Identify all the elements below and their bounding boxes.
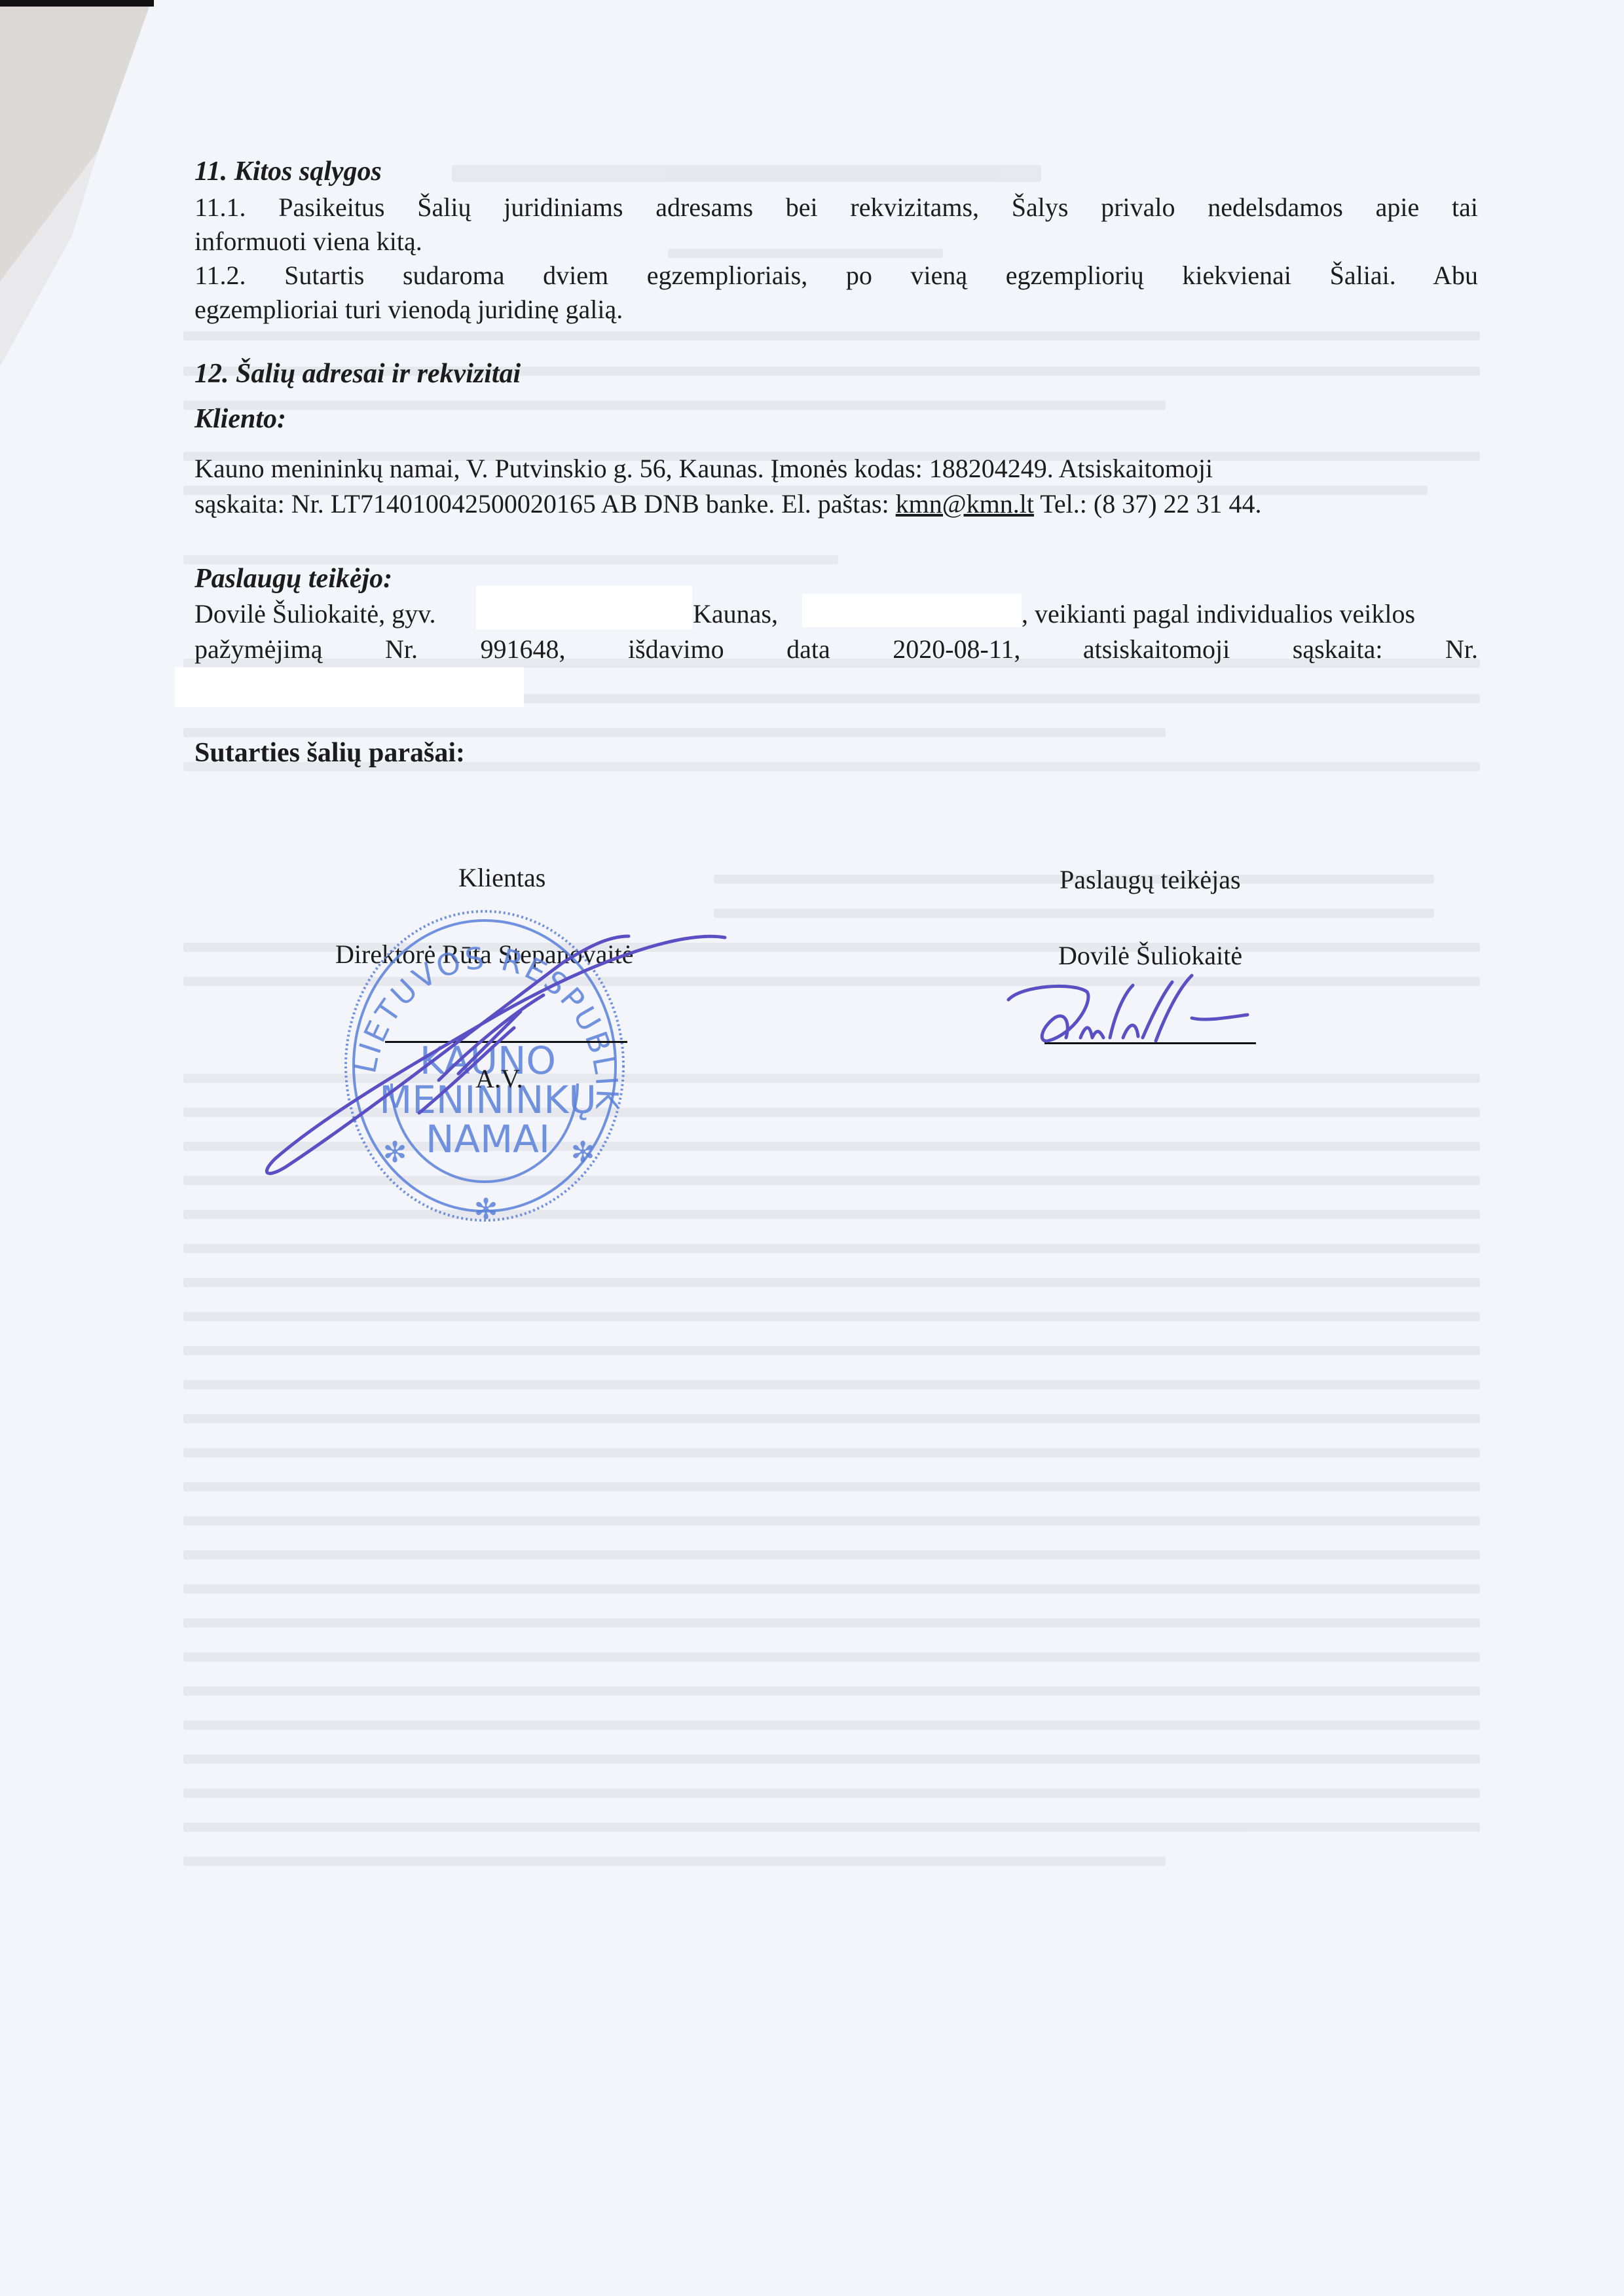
clause-11-2-line-1: 11.2. Sutartis sudaroma dviem egzemplior… bbox=[194, 259, 1478, 293]
document-page: 11. Kitos sąlygos 11.1. Pasikeitus Šalių… bbox=[0, 0, 1624, 2296]
client-account-text: sąskaita: Nr. LT714010042500020165 AB DN… bbox=[194, 489, 896, 519]
provider-signature-line bbox=[1044, 1042, 1256, 1044]
client-signature bbox=[267, 936, 725, 1173]
client-phone-text: Tel.: (8 37) 22 31 44. bbox=[1034, 489, 1262, 519]
stamp-star-right-icon: ✻ bbox=[571, 1136, 595, 1169]
provider-line-2: pažymėjimą Nr. 991648, išdavimo data 202… bbox=[194, 632, 1478, 666]
redaction-personal-code bbox=[802, 594, 1022, 627]
provider-signatory-name: Dovilė Šuliokaitė bbox=[1058, 939, 1242, 973]
provider-role-label: Paslaugų teikėjas bbox=[1060, 863, 1241, 897]
section-11-heading: 11. Kitos sąlygos bbox=[194, 155, 382, 189]
handwritten-signatures bbox=[0, 0, 1624, 2296]
provider-line-1c: , veikianti pagal individualios veiklos bbox=[1022, 597, 1415, 631]
bleed-through-text bbox=[0, 0, 1624, 2296]
client-signatory-name: Direktorė Rūta Stepanovaitė bbox=[335, 938, 633, 972]
client-label: Kliento: bbox=[194, 402, 286, 436]
redaction-account-number bbox=[175, 667, 524, 707]
stamp-line-3: NAMAI bbox=[426, 1117, 550, 1161]
clause-11-2-line-2: egzemplioriai turi vienodą juridinę gali… bbox=[194, 293, 623, 327]
clause-11-1-line-2: informuoti viena kitą. bbox=[194, 225, 422, 259]
section-12-heading: 12. Šalių adresai ir rekvizitai bbox=[194, 357, 521, 391]
provider-signature bbox=[1008, 986, 1088, 1041]
client-email-link[interactable]: kmn@kmn.lt bbox=[896, 489, 1034, 519]
stamp-star-left-icon: ✻ bbox=[383, 1136, 407, 1169]
provider-line-1b: Kaunas, bbox=[693, 597, 778, 631]
seal-mark: A.V. bbox=[475, 1062, 523, 1096]
client-details-line-1: Kauno menininkų namai, V. Putvinskio g. … bbox=[194, 452, 1213, 486]
redaction-address bbox=[476, 586, 692, 630]
client-role-label: Klientas bbox=[458, 861, 545, 895]
provider-label: Paslaugų teikėjo: bbox=[194, 562, 392, 596]
stamp-star-bottom-icon: ✻ bbox=[474, 1193, 498, 1226]
client-details-line-2: sąskaita: Nr. LT714010042500020165 AB DN… bbox=[194, 487, 1262, 521]
signatures-heading: Sutarties šalių parašai: bbox=[194, 736, 465, 770]
official-stamp: LIETUVOS RESPUBLIKA KAUNO MENININKŲ NAMA… bbox=[0, 0, 1624, 2296]
provider-line-1a: Dovilė Šuliokaitė, gyv. bbox=[194, 597, 435, 631]
client-signature-line bbox=[385, 1041, 627, 1043]
clause-11-1-line-1: 11.1. Pasikeitus Šalių juridiniams adres… bbox=[194, 191, 1478, 225]
